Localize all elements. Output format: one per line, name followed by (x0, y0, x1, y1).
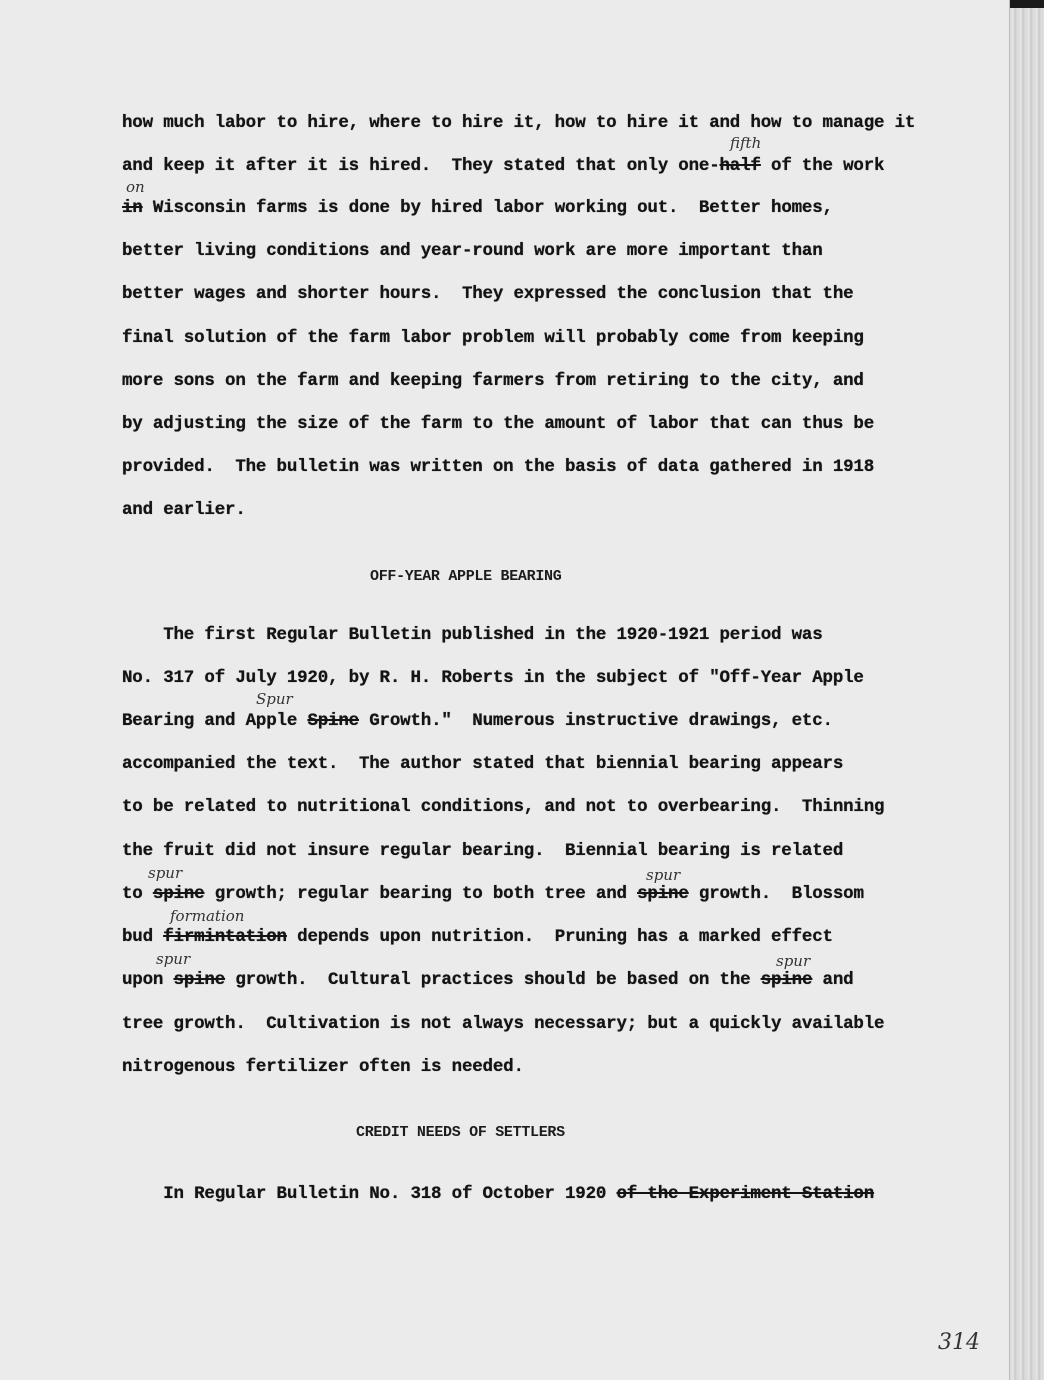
scan-corner (1010, 0, 1044, 8)
page-number: 314 (938, 1330, 980, 1355)
text-line: No. 317 of July 1920, by R. H. Roberts i… (122, 668, 864, 688)
handwritten-annotation: on (126, 178, 145, 196)
handwritten-annotation: spur (156, 950, 190, 968)
text-line: The first Regular Bulletin published in … (122, 625, 823, 645)
struck-word: in (122, 198, 143, 218)
text-line: final solution of the farm labor problem… (122, 328, 864, 348)
text-line: bud firmintation depends upon nutrition.… (122, 927, 833, 947)
struck-word: spine (761, 970, 813, 990)
section-heading: OFF-YEAR APPLE BEARING (370, 568, 561, 585)
handwritten-annotation: spur (148, 864, 182, 882)
struck-word: Spine (307, 711, 359, 731)
struck-word: spine (637, 884, 689, 904)
handwritten-annotation: fifth (730, 134, 761, 152)
text-line: tree growth. Cultivation is not always n… (122, 1014, 884, 1034)
struck-word: spine (153, 884, 205, 904)
handwritten-annotation: spur (646, 866, 680, 884)
page-stack-edge (1009, 0, 1044, 1380)
text-line: Bearing and Apple Spine Growth." Numerou… (122, 711, 833, 731)
struck-word: spine (174, 970, 226, 990)
text-line: in Wisconsin farms is done by hired labo… (122, 198, 833, 218)
text-line: accompanied the text. The author stated … (122, 754, 843, 774)
text-line: and earlier. (122, 500, 246, 520)
section-heading: CREDIT NEEDS OF SETTLERS (356, 1124, 565, 1141)
text-line: upon spine growth. Cultural practices sh… (122, 970, 853, 990)
document-page: how much labor to hire, where to hire it… (0, 0, 1010, 1380)
text-line: In Regular Bulletin No. 318 of October 1… (122, 1184, 874, 1204)
struck-words: of the Experiment Station (616, 1184, 874, 1204)
text-line: nitrogenous fertilizer often is needed. (122, 1057, 524, 1077)
handwritten-annotation: Spur (256, 690, 293, 708)
struck-word: firmintation (163, 927, 287, 947)
text-line: to spine growth; regular bearing to both… (122, 884, 864, 904)
text-line: by adjusting the size of the farm to the… (122, 414, 874, 434)
text-line: to be related to nutritional conditions,… (122, 797, 884, 817)
handwritten-annotation: formation (170, 907, 244, 925)
text-line: better living conditions and year-round … (122, 241, 823, 261)
handwritten-annotation: spur (776, 952, 810, 970)
text-line: better wages and shorter hours. They exp… (122, 284, 853, 304)
struck-word: half (720, 156, 761, 176)
text-line: and keep it after it is hired. They stat… (122, 156, 884, 176)
text-line: the fruit did not insure regular bearing… (122, 841, 843, 861)
text-line: provided. The bulletin was written on th… (122, 457, 874, 477)
text-line: how much labor to hire, where to hire it… (122, 113, 915, 133)
text-line: more sons on the farm and keeping farmer… (122, 371, 864, 391)
